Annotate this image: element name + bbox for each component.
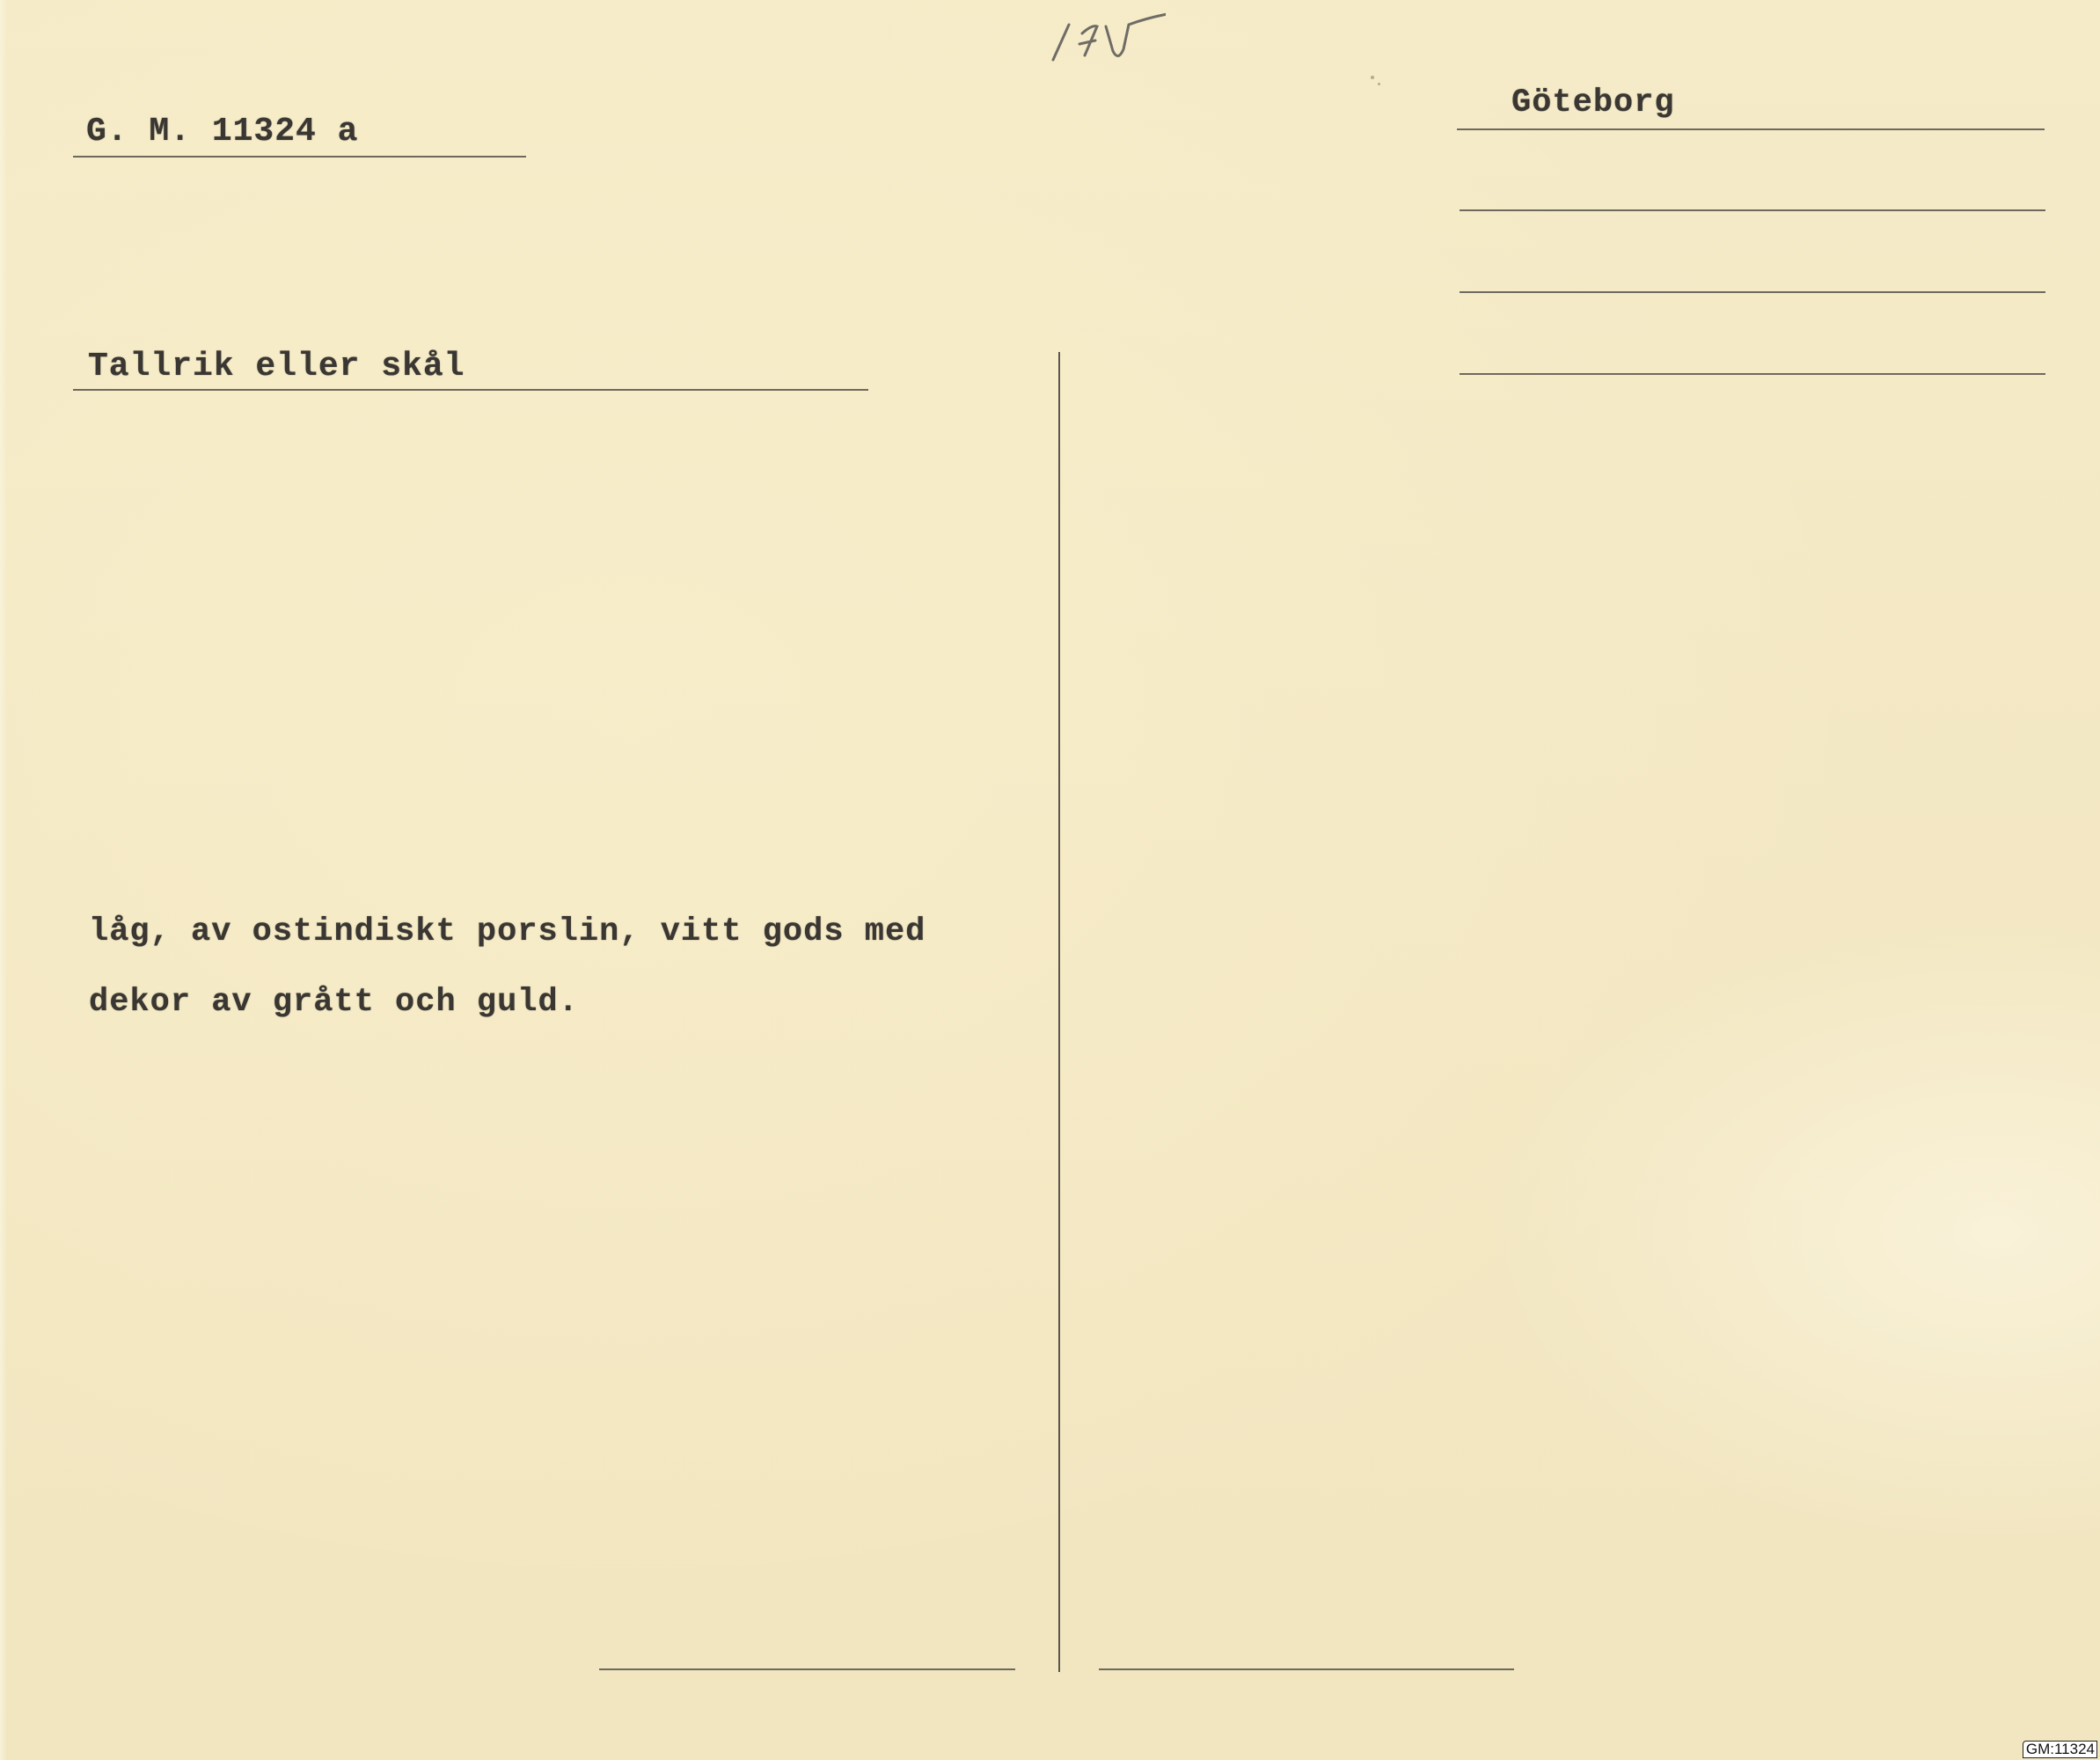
paper-speck	[1371, 76, 1374, 79]
description-line-1: låg, av ostindiskt porslin, vitt gods me…	[89, 913, 926, 950]
paper-speck	[1378, 83, 1380, 85]
bottom-line-right	[1099, 1668, 1514, 1670]
description-line-2: dekor av grått och guld.	[89, 984, 579, 1021]
place-line-2	[1460, 209, 2045, 211]
catalog-card: 175 G. M. 11324 a Göteborg Tallrik eller…	[0, 0, 2100, 1760]
place-line-4	[1460, 373, 2045, 375]
object-name-underline	[73, 389, 868, 391]
pencil-annotation-175	[1034, 7, 1166, 69]
object-name: Tallrik eller skål	[88, 348, 465, 385]
archive-stamp: GM:11324	[2023, 1741, 2097, 1758]
column-divider	[1058, 352, 1060, 1672]
bottom-line-left	[599, 1668, 1015, 1670]
inventory-number: G. M. 11324 a	[86, 113, 358, 150]
place-name: Göteborg	[1511, 84, 1675, 121]
card-edge	[0, 0, 7, 1760]
place-line-3	[1460, 291, 2045, 293]
inventory-number-underline	[73, 156, 526, 158]
place-line-1	[1457, 128, 2045, 130]
